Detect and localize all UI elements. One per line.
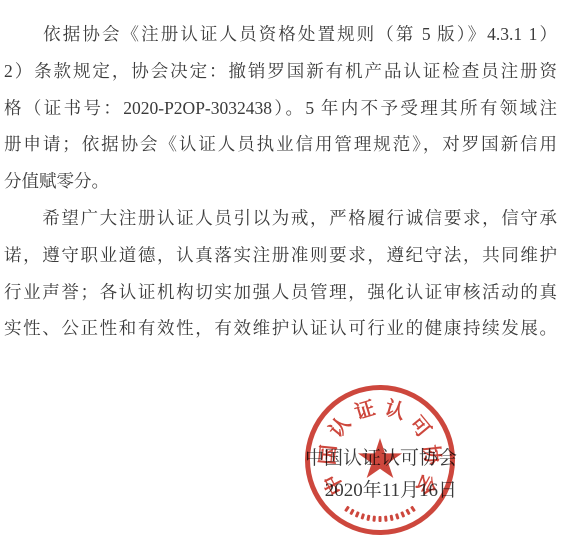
document-page: 依据协会《注册认证人员资格处置规则（第 5 版）》4.3.1 1） 2）条款规定… [0,0,561,556]
seal-arc-char: 协 [418,443,449,466]
seal-serial-mark [372,516,376,522]
text-line: 依据协会《注册认证人员资格处置规则（第 5 版）》4.3.1 1） [4,16,557,53]
text-line: 册申请；依据协会《认证人员执业信用管理规范》，对罗国新信用 [4,126,557,163]
seal-arc-char: 国 [311,443,342,466]
document-body: 依据协会《注册认证人员资格处置规则（第 5 版）》4.3.1 1） 2）条款规定… [4,16,557,347]
text-line: 实性、公正性和有效性，有效维护认证认可行业的健康持续发展。 [4,310,557,347]
seal-serial-mark [379,516,382,522]
text-line: 分值赋零分。 [4,163,557,200]
text-line: 行业声誉；各认证机构切实加强人员管理，强化认证审核活动的真 [4,274,557,311]
text-line: 诺，遵守职业道德，认真落实注册准则要求，遵纪守法，共同维护 [4,237,557,274]
seal-serial-mark [384,516,388,522]
text-line: 希望广大注册认证人员引以为戒，严格履行诚信要求，信守承 [4,200,557,237]
text-line: 格（证书号：2020-P2OP-3032438）。5 年内不予受理其所有领域注 [4,90,557,127]
official-seal: 中国认证认可协会 [305,385,455,535]
text-line: 2）条款规定，协会决定：撤销罗国新有机产品认证检查员注册资 [4,53,557,90]
